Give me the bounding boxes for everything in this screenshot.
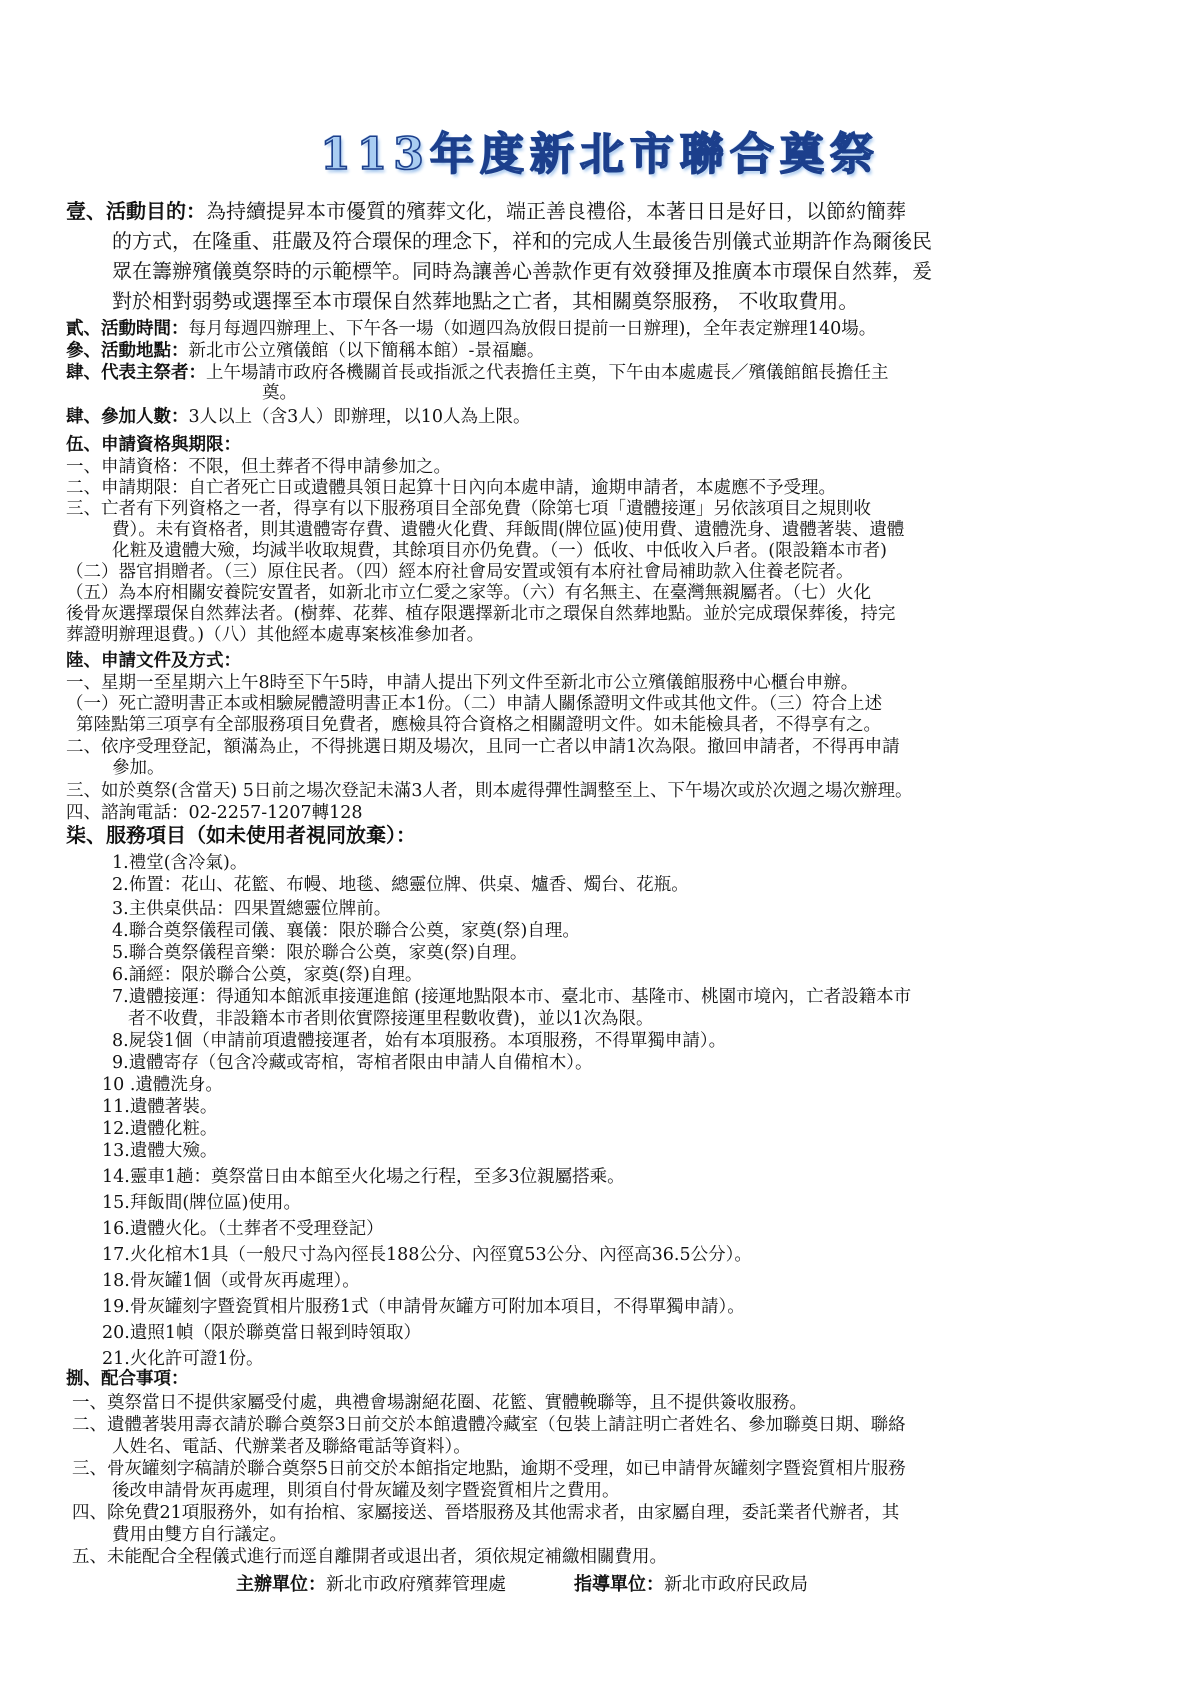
section-6-line: 二、依序受理登記，額滿為止，不得挑選日期及場次，且同一亡者以申請1次為限。撤回申… [66, 736, 900, 758]
section-8-line: 後改申請骨灰再處理，則須自付骨灰罐及刻字暨瓷質相片之費用。 [112, 1480, 620, 1502]
section-5-line: 費）。未有資格者，則其遺體寄存費、遺體火化費、拜飯間(牌位區)使用費、遺體洗身、… [112, 519, 904, 541]
section-5-line: （二）器官捐贈者。（三）原住民者。（四）經本府社會局安置或領有本府社會局補助款入… [66, 561, 854, 583]
page-title: 113年度新北市聯合奠祭 [0, 118, 1200, 182]
service-item: 10 .遺體洗身。 [102, 1074, 223, 1096]
service-item: 15.拜飯間(牌位區)使用。 [102, 1192, 301, 1214]
service-item: 16.遺體火化。（土葬者不受理登記） [102, 1218, 384, 1240]
section-8-heading: 捌、配合事項： [66, 1368, 189, 1390]
section-8-line: 二、遺體著裝用壽衣請於聯合奠祭3日前交於本館遺體冷藏室（包裝上請註明亡者姓名、參… [72, 1414, 906, 1436]
service-item: 12.遺體化粧。 [102, 1118, 217, 1140]
service-item: 17.火化棺木1具（一般尺寸為內徑長188公分、內徑寬53公分、內徑高36.5公… [102, 1244, 752, 1266]
service-item: 2.佈置：花山、花籃、布幔、地毯、總靈位牌、供桌、爐香、燭台、花瓶。 [112, 874, 689, 896]
contact-phone: 四、諮詢電話：02-2257-1207轉128 [66, 802, 363, 824]
section-3: 參、活動地點：新北市公立殯儀館（以下簡稱本館）-景福廳。 [66, 340, 544, 362]
section-6-line: 第陸點第三項享有全部服務項目免費者，應檢具符合資格之相關證明文件。如未能檢具者，… [76, 714, 881, 736]
service-item: 9.遺體寄存（包含冷藏或寄棺，寄棺者限由申請人自備棺木）。 [112, 1052, 592, 1074]
section-8-line: 四、除免費21項服務外，如有抬棺、家屬接送、晉塔服務及其他需求者，由家屬自理，委… [72, 1502, 899, 1524]
section-5-line: （五）為本府相關安養院安置者，如新北市立仁愛之家等。（六）有名無主、在臺灣無親屬… [66, 582, 871, 604]
section-1-line-3: 眾在籌辦殯儀奠祭時的示範標竿。同時為讓善心善款作更有效發揮及推廣本市環保自然葬，… [112, 256, 932, 286]
section-1-line-1: 壹、活動目的：為持續提昇本市優質的殯葬文化，端正善良禮俗，本著日日是好日，以節約… [66, 196, 906, 226]
section-6-heading: 陸、申請文件及方式： [66, 650, 241, 672]
service-item: 5.聯合奠祭儀程音樂：限於聯合公奠，家奠(祭)自理。 [112, 942, 527, 964]
section-1-line-4: 對於相對弱勢或選擇至本市環保自然葬地點之亡者，其相關奠祭服務， 不收取費用。 [112, 286, 858, 316]
section-4: 肆、代表主祭者：上午場請市政府各機關首長或指派之代表擔任主奠，下午由本處處長／殯… [66, 362, 889, 384]
service-item: 11.遺體著裝。 [102, 1096, 217, 1118]
section-8-line: 五、未能配合全程儀式進行而逕自離開者或退出者，須依規定補繳相關費用。 [72, 1546, 667, 1568]
supervisor: 新北市政府民政局 [664, 1574, 808, 1595]
service-item: 19.骨灰罐刻字暨瓷質相片服務1式（申請骨灰罐方可附加本項目，不得單獨申請）。 [102, 1296, 745, 1318]
service-item: 1.禮堂(含冷氣)。 [112, 852, 247, 874]
service-item: 6.誦經：限於聯合公奠，家奠(祭)自理。 [112, 964, 422, 986]
section-8-line: 一、奠祭當日不提供家屬受付處，典禮會場謝絕花圈、花籃、實體輓聯等，且不提供簽收服… [72, 1392, 807, 1414]
section-5-line: 一、申請資格：不限，但土葬者不得申請參加之。 [66, 456, 451, 478]
document-page: 113年度新北市聯合奠祭 壹、活動目的：為持續提昇本市優質的殯葬文化，端正善良禮… [0, 0, 1200, 1698]
section-4-cont: 奠。 [262, 382, 297, 404]
organizer-label: 主辦單位： [236, 1574, 326, 1595]
service-item: 13.遺體大殮。 [102, 1140, 217, 1162]
service-item: 4.聯合奠祭儀程司儀、襄儀：限於聯合公奠，家奠(祭)自理。 [112, 920, 580, 942]
section-4b: 肆、參加人數：3人以上（含3人）即辦理，以10人為上限。 [66, 406, 531, 428]
section-5-line: 後骨灰選擇環保自然葬法者。(樹葬、花葬、植存限選擇新北市之環保自然葬地點。並於完… [66, 603, 895, 625]
section-5-heading: 伍、申請資格與期限： [66, 434, 241, 456]
footer: 主辦單位：新北市政府殯葬管理處指導單位：新北市政府民政局 [236, 1570, 808, 1596]
section-5-line: 三、亡者有下列資格之一者，得享有以下服務項目全部免費（除第七項「遺體接運」另依該… [66, 498, 871, 520]
service-item: 7.遺體接運：得通知本館派車接運進館 (接運地點限本市、臺北市、基隆市、桃園市境… [112, 986, 911, 1008]
service-item: 8.屍袋1個（申請前項遺體接運者，始有本項服務。本項服務，不得單獨申請）。 [112, 1030, 726, 1052]
section-8-line: 人姓名、電話、代辦業者及聯絡電話等資料）。 [112, 1436, 471, 1458]
section-6-line: 三、如於奠祭(含當天) 5日前之場次登記未滿3人者，則本處得彈性調整至上、下午場… [66, 780, 912, 802]
section-5-line: 葬證明辦理退費。)（八）其他經本處專案核准參加者。 [66, 624, 484, 646]
section-5-line: 二、申請期限：自亡者死亡日或遺體具領日起算十日內向本處申請，逾期申請者，本處應不… [66, 477, 836, 499]
organizer: 新北市政府殯葬管理處 [326, 1574, 506, 1595]
section-1-label: 壹、活動目的： [66, 199, 206, 223]
section-5-line: 化粧及遺體大殮，均減半收取規費，其餘項目亦仍免費。（一）低收、中低收入戶者。(限… [112, 540, 887, 562]
service-item: 14.靈車1趟：奠祭當日由本館至火化場之行程，至多3位親屬搭乘。 [102, 1166, 625, 1188]
section-8-line: 費用由雙方自行議定。 [112, 1524, 287, 1546]
service-item-cont: 者不收費，非設籍本市者則依實際接運里程數收費)，並以1次為限。 [128, 1008, 653, 1030]
service-item: 18.骨灰罐1個（或骨灰再處理）。 [102, 1270, 360, 1292]
section-6-line: （一）死亡證明書正本或相驗屍體證明書正本1份。（二）申請人關係證明文件或其他文件… [66, 693, 882, 715]
section-8-line: 三、骨灰罐刻字稿請於聯合奠祭5日前交於本館指定地點，逾期不受理，如已申請骨灰罐刻… [72, 1458, 906, 1480]
service-item: 20.遺照1幀（限於聯奠當日報到時領取） [102, 1322, 421, 1344]
section-7-heading: 柒、服務項目（如未使用者視同放棄）： [66, 824, 416, 846]
section-6-line: 參加。 [112, 757, 165, 779]
section-6-line: 一、星期一至星期六上午8時至下午5時，申請人提出下列文件至新北市公立殯儀館服務中… [66, 672, 858, 694]
section-2: 貳、活動時間：每月每週四辦理上、下午各一場（如週四為放假日提前一日辦理)，全年表… [66, 318, 876, 340]
service-item: 21.火化許可證1份。 [102, 1348, 263, 1370]
section-1-line-2: 的方式，在隆重、莊嚴及符合環保的理念下，祥和的完成人生最後告別儀式並期許作為爾後… [112, 226, 932, 256]
service-item: 3.主供桌供品：四果置總靈位牌前。 [112, 898, 391, 920]
supervisor-label: 指導單位： [574, 1574, 664, 1595]
